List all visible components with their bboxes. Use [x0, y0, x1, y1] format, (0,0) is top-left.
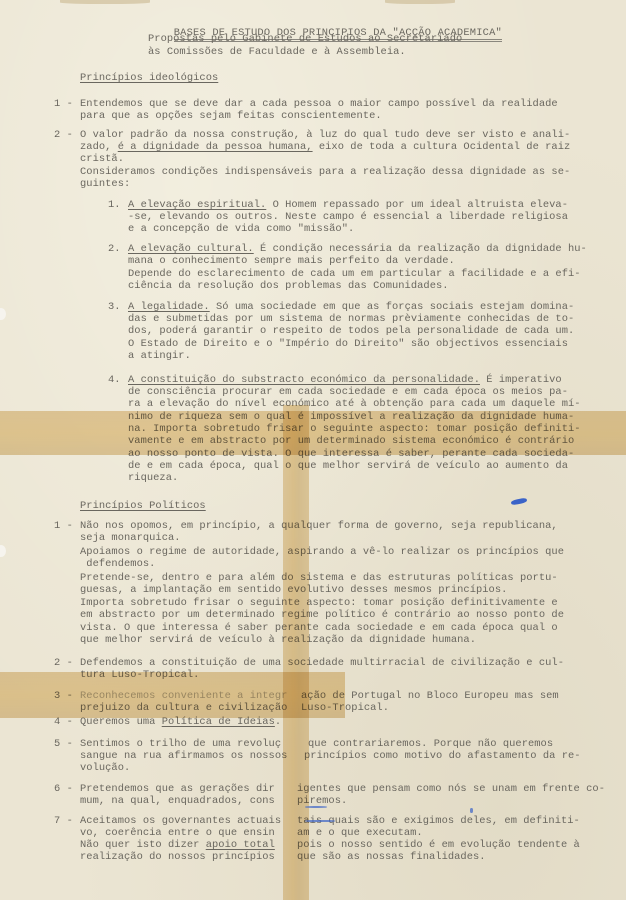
condition-first-line: A elevação espiritual. O Homem repassado… [128, 199, 568, 212]
item-number: 2 - [54, 657, 73, 670]
condition-heading: A elevação cultural. [128, 243, 254, 255]
paragraph-line: ciência da resolução dos problemas das C… [128, 280, 449, 293]
paragraph-line: dos, poderá garantir o respeito de todos… [128, 325, 574, 338]
item-number: 1 - [54, 98, 73, 111]
paragraph-line: Defendemos a constituição de uma socieda… [80, 657, 564, 670]
item-number: 6 - [54, 783, 73, 796]
pen-mark [470, 808, 473, 813]
punch-hole [0, 308, 6, 320]
paragraph-line: Apoiamos o regime de autoridade, aspiran… [80, 546, 564, 559]
paragraph-line: vista. O que interessa é saber perante c… [80, 622, 558, 635]
paragraph-line: volução. [80, 762, 130, 775]
paragraph-line: tais quais são e exigimos deles, em defi… [297, 815, 580, 828]
condition-first-line: A constituição do substracto económico d… [128, 374, 562, 387]
text-span: É imperativo [480, 374, 562, 386]
paragraph-line: princípios como motivo do afastamento da… [304, 750, 581, 763]
paragraph-line: sangue na rua afirmamos os nossos [80, 750, 287, 763]
paragraph-line: em abstracto por um determinado regime p… [80, 609, 564, 622]
paragraph-line: Importa sobretudo frisar o seguinte aspe… [80, 597, 558, 610]
condition-number: 3. [108, 301, 121, 314]
paragraph-line: Depende do esclarecimento de cada um em … [128, 268, 581, 281]
paragraph-line: Não nos opomos, em princípio, a qualquer… [80, 520, 558, 533]
paragraph-line: que melhor servirá de veículo à realizaç… [80, 634, 476, 647]
document-subtitle-line: às Comissões de Faculdade e à Assembleia… [148, 46, 406, 59]
adhesive-tape-vertical [283, 405, 309, 900]
paragraph-line: riqueza. [128, 472, 178, 485]
text-span: Não quer isto dizer [80, 839, 206, 851]
paper-stain [385, 0, 455, 4]
text-span: É condição necessária da realização da d… [254, 243, 587, 255]
adhesive-tape-horizontal [0, 411, 626, 455]
condition-first-line: A elevação cultural. É condição necessár… [128, 243, 587, 256]
paragraph-line: cristã. [80, 153, 124, 166]
condition-number: 1. [108, 199, 121, 212]
paragraph-line: que são as nossas finalidades. [297, 851, 486, 864]
document-subtitle-line: Propostas pelo Gabinete de Estudos ao Se… [148, 33, 462, 46]
paragraph-line: para que as opções sejam feitas conscien… [80, 110, 382, 123]
punch-hole [0, 545, 6, 557]
section-heading-political: Princípios Políticos [80, 500, 206, 513]
paragraph-line: zado, é a dignidade da pessoa humana, ei… [80, 141, 570, 154]
paragraph-line: de consciência procurar em cada sociedad… [128, 386, 568, 399]
paragraph-line: vo, coerência entre o que ensin [80, 827, 275, 840]
section-heading-ideological: Princípios ideológicos [80, 72, 218, 85]
emphasis-text: apoio total [206, 839, 275, 851]
condition-heading: A legalidade. [128, 301, 210, 313]
paragraph-line: realização do nossos princípios [80, 851, 275, 864]
paragraph-line: guintes: [80, 178, 130, 191]
condition-number: 2. [108, 243, 121, 256]
emphasis-text: é a dignidade da pessoa humana, [118, 141, 313, 153]
paragraph-line: das e submetidas por um sistema de norma… [128, 313, 574, 326]
paragraph-line: que contrariaremos. Porque não queremos [308, 738, 553, 751]
pen-mark [305, 820, 335, 822]
paragraph-line: a atingir. [128, 350, 191, 363]
pen-mark [305, 806, 327, 808]
condition-heading: A constituição do substracto económico d… [128, 374, 480, 386]
paragraph-line: Consideramos condições indispensáveis pa… [80, 166, 570, 179]
condition-first-line: A legalidade. Só uma sociedade em que as… [128, 301, 574, 314]
adhesive-tape-horizontal [0, 672, 345, 718]
condition-heading: A elevação espiritual. [128, 199, 266, 211]
paragraph-line: pois o nosso sentido é em evolução tende… [297, 839, 580, 852]
paragraph-line: seja monarquica. [80, 532, 181, 545]
item-number: 1 - [54, 520, 73, 533]
item-number: 7 - [54, 815, 73, 828]
paragraph-line: Pretende-se, dentro e para além do siste… [80, 572, 558, 585]
paragraph-line: igentes que pensam como nós se unam em f… [297, 783, 605, 796]
paragraph-line: defendemos. [80, 558, 155, 571]
paragraph-line: Aceitamos os governantes actuais [80, 815, 281, 828]
paragraph-line: Entendemos que se deve dar a cada pessoa… [80, 98, 558, 111]
paragraph-line: ra a elevação do nível económico até à o… [128, 398, 581, 411]
paragraph-line: Pretendemos que as gerações dir [80, 783, 275, 796]
paper-stain [60, 0, 150, 4]
paragraph-line: de e em cada época, qual o que melhor se… [128, 460, 568, 473]
condition-number: 4. [108, 374, 121, 387]
paragraph-line: mum, na qual, enquadrados, cons [80, 795, 275, 808]
text-span: Só uma sociedade em que as forças sociai… [210, 301, 575, 313]
text-span: O Homem repassado por um ideal altruista… [266, 199, 568, 211]
paragraph-line: mana o conhecimento sempre mais perfeito… [128, 255, 455, 268]
paragraph-line: Não quer isto dizer apoio total [80, 839, 275, 852]
paragraph-line: e a concepção de vida como "missão". [128, 223, 354, 236]
paragraph-line: Sentimos o trilho de uma revoluç [80, 738, 281, 751]
item-number: 2 - [54, 129, 73, 142]
paragraph-line: -se, elevando os outros. Neste campo é e… [128, 211, 568, 224]
paragraph-line: am e o que executam. [297, 827, 423, 840]
text-span: eixo de toda a cultura Ocidental de raiz [313, 141, 571, 153]
paragraph-line: O Estado de Direito e o "Império do Dire… [128, 338, 568, 351]
paragraph-line: O valor padrão da nossa construção, à lu… [80, 129, 570, 142]
item-number: 5 - [54, 738, 73, 751]
text-span: zado, [80, 141, 118, 153]
